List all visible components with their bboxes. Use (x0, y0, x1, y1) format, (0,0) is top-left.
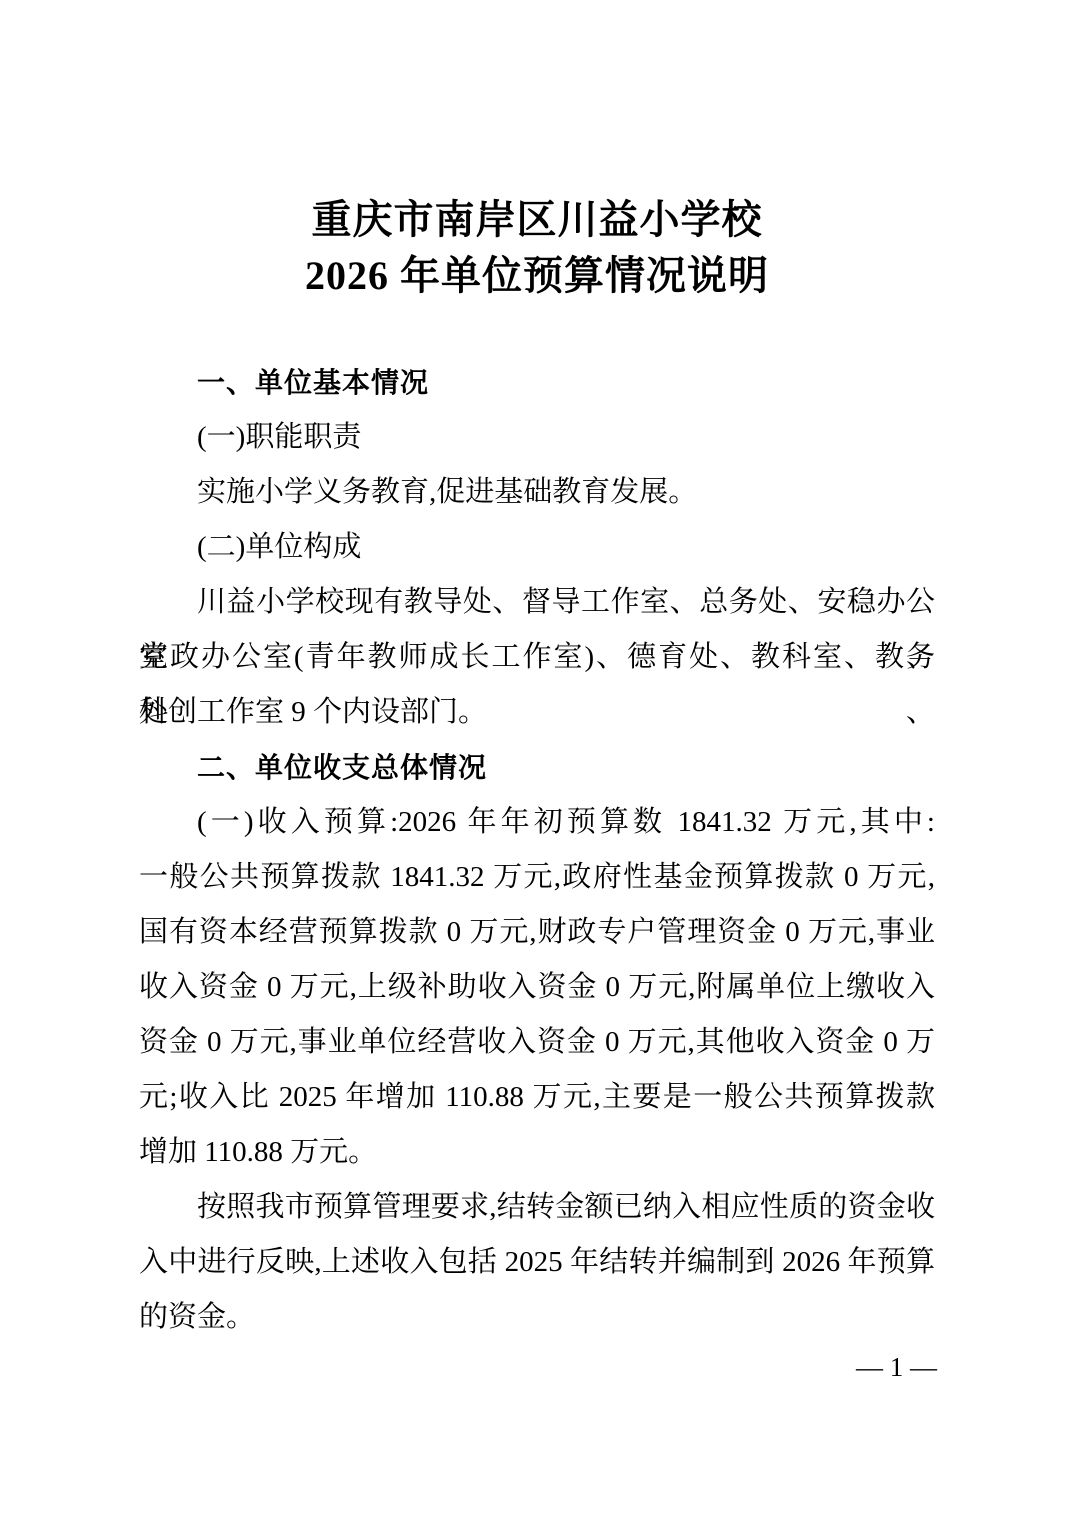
text-line: 一般公共预算拨款 1841.32 万元,政府性基金预算拨款 0 万元, (139, 850, 935, 905)
text-line: 党政办公室(青年教师成长工作室)、德育处、教科室、教务处、 (139, 630, 935, 685)
text-line: (二)单位构成 (139, 520, 935, 575)
text-line: 收入资金 0 万元,上级补助收入资金 0 万元,附属单位上缴收入 (139, 960, 935, 1015)
text-line: (一)职能职责 (139, 410, 935, 465)
document-title: 重庆市南岸区川益小学校 2026 年单位预算情况说明 (0, 192, 1074, 304)
document-page: 重庆市南岸区川益小学校 2026 年单位预算情况说明 一、单位基本情况(一)职能… (0, 0, 1074, 1520)
document-title-line1: 重庆市南岸区川益小学校 (0, 192, 1074, 248)
text-line: 一、单位基本情况 (139, 355, 935, 410)
text-line: 资金 0 万元,事业单位经营收入资金 0 万元,其他收入资金 0 万 (139, 1015, 935, 1070)
text-line: (一)收入预算:2026 年年初预算数 1841.32 万元,其中: (139, 795, 935, 850)
text-line: 实施小学义务教育,促进基础教育发展。 (139, 465, 935, 520)
document-body: 一、单位基本情况(一)职能职责实施小学义务教育,促进基础教育发展。(二)单位构成… (139, 355, 935, 1345)
text-line: 川益小学校现有教导处、督导工作室、总务处、安稳办公室、 (139, 575, 935, 630)
text-line: 国有资本经营预算拨款 0 万元,财政专户管理资金 0 万元,事业 (139, 905, 935, 960)
page-number: — 1 — (856, 1352, 937, 1382)
text-line: 入中进行反映,上述收入包括 2025 年结转并编制到 2026 年预算 (139, 1235, 935, 1290)
text-line: 的资金。 (139, 1290, 935, 1345)
text-line: 按照我市预算管理要求,结转金额已纳入相应性质的资金收 (139, 1180, 935, 1235)
text-line: 元;收入比 2025 年增加 110.88 万元,主要是一般公共预算拨款 (139, 1070, 935, 1125)
text-line: 二、单位收支总体情况 (139, 740, 935, 795)
text-line: 增加 110.88 万元。 (139, 1125, 935, 1180)
document-title-line2: 2026 年单位预算情况说明 (0, 248, 1074, 304)
